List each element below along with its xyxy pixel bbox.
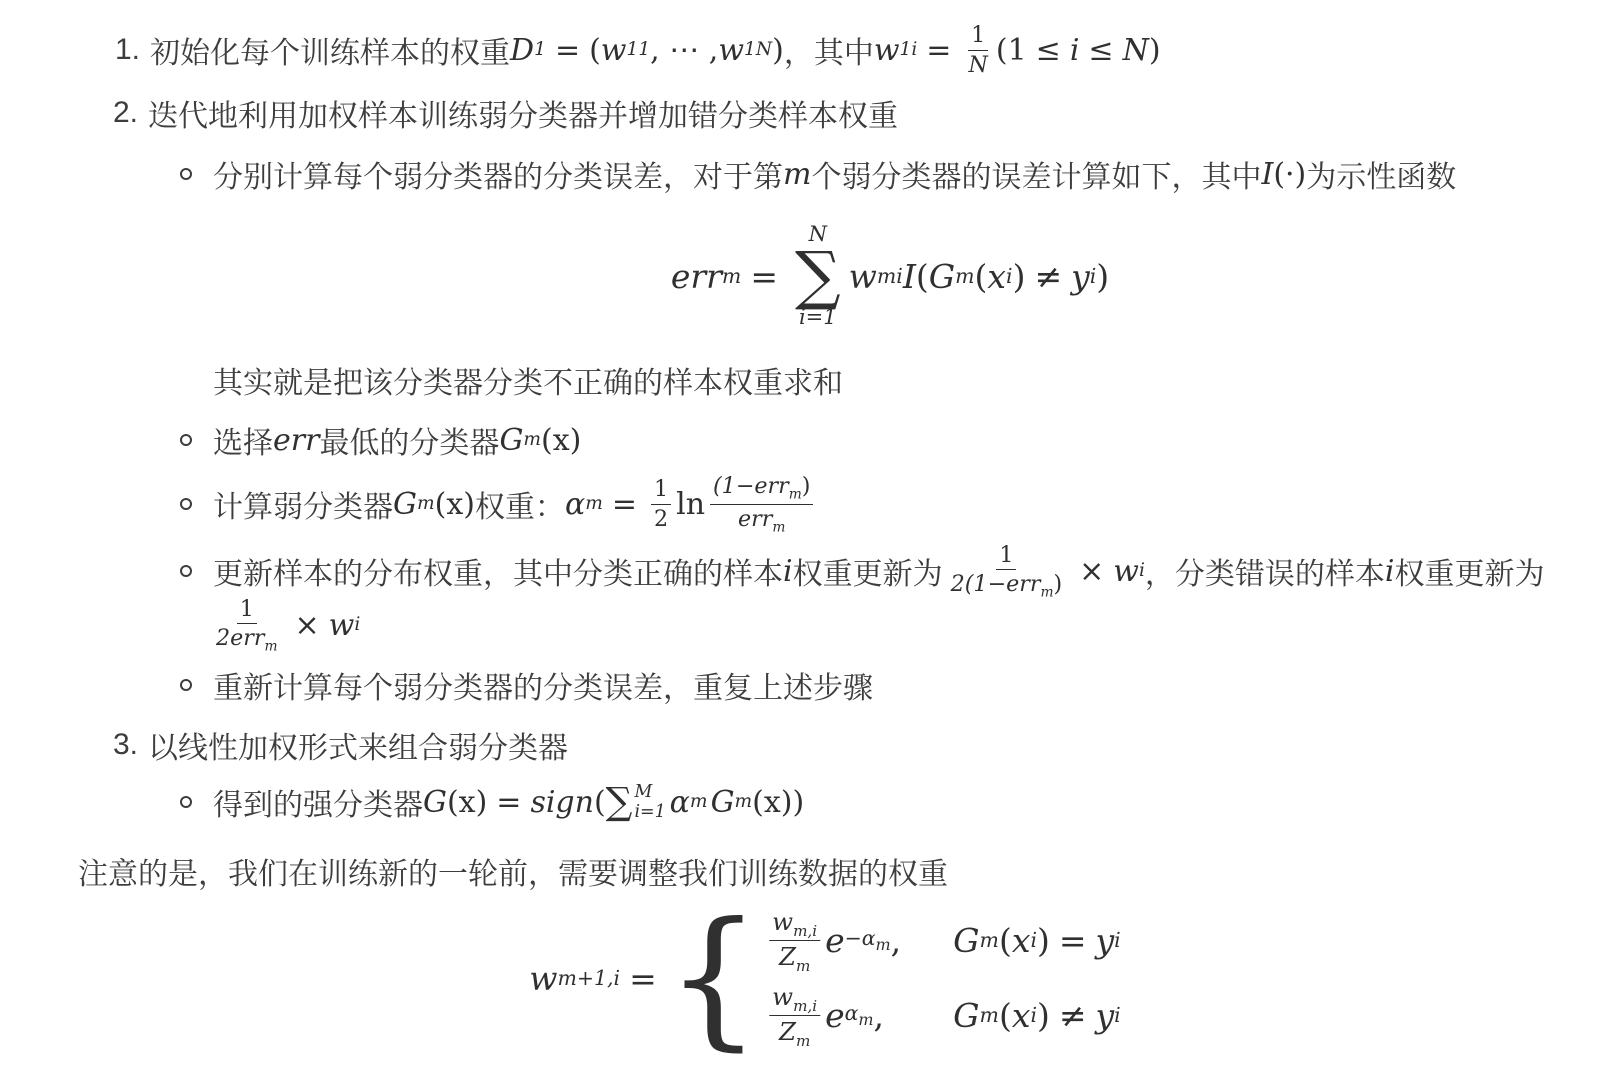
fraction-denominator: errm <box>735 505 788 535</box>
paren: ( <box>975 257 988 296</box>
math-alpha-formula: αm=12ln(1−errm)errm <box>565 473 819 534</box>
math-sub: m <box>796 1032 810 1050</box>
sub1-text-pre: 分别计算每个弱分类器的分类误差，对于第 <box>213 152 783 196</box>
math-sub: i <box>354 616 360 635</box>
formula-error: errm = N ∑ i=1 wmi I( Gm(xi) ≠ yi) <box>671 224 1109 328</box>
sub-item-update-weights: 更新样本的分布权重，其中分类正确的样本 i 权重更新为 12(1−errm)×w… <box>180 543 1545 599</box>
math-token: w <box>329 608 355 643</box>
fraction-denominator: 2errm <box>213 624 281 654</box>
case1-condition: Gm(xi)=yi <box>953 921 1121 960</box>
math-token: 2(1−err <box>951 571 1041 597</box>
item2-text: 迭代地利用加权样本训练弱分类器并增加错分类样本权重 <box>148 91 898 135</box>
comma: , <box>874 996 885 1035</box>
math-token: w <box>529 959 557 998</box>
fraction-numerator: 1 <box>651 476 671 505</box>
math-sub: m,i <box>793 997 817 1015</box>
circle-bullet-icon <box>180 498 192 510</box>
math-sub: m <box>690 793 708 812</box>
sub4-text-pre: 更新样本的分布权重，其中分类正确的样本 <box>213 549 783 593</box>
closing-text: 注意的是，我们在训练新的一轮前，需要调整我们训练数据的权重 <box>78 849 948 893</box>
math-sub: mi <box>877 266 903 286</box>
math-token: e <box>825 996 845 1035</box>
math-sub: m <box>789 487 802 503</box>
paren: (x) <box>447 785 487 820</box>
math-sub: m <box>876 935 891 954</box>
paren: ) <box>1149 33 1161 68</box>
paren: ) <box>1013 257 1026 296</box>
sub4-text-mid1: 权重更新为 <box>793 549 943 593</box>
math-token: α <box>670 785 690 820</box>
circle-bullet-icon <box>180 679 192 691</box>
math-sub: m+1,i <box>558 968 621 988</box>
math-sub: m <box>858 1010 873 1029</box>
list-marker-1: 1. <box>115 33 140 67</box>
equals-sign: = <box>750 257 778 296</box>
equals-sign: = <box>612 487 637 522</box>
list-item-3: 3. 以线性加权形式来组合弱分类器 <box>113 727 568 763</box>
paren: (x) <box>541 423 581 458</box>
math-i: i <box>783 554 793 589</box>
math-token: i <box>1385 554 1395 589</box>
paren: ) <box>1096 257 1109 296</box>
sub-item-recompute: 重新计算每个弱分类器的分类误差，重复上述步骤 <box>180 666 873 704</box>
math-sub: m <box>796 957 810 975</box>
paren: (x) <box>752 785 792 820</box>
item1-math-d1: D1=(w11, ⋯ ,w1N) <box>510 33 784 68</box>
math-gmx: Gm(x) <box>499 423 581 458</box>
sigma-icon: ∑ <box>606 783 633 821</box>
fraction: wm,iZm <box>769 982 820 1049</box>
paren: ) <box>793 785 805 820</box>
math-token: I <box>1261 157 1273 192</box>
equals-sign: = <box>496 785 521 820</box>
equals-sign: = <box>926 33 951 68</box>
math-sub: i <box>1114 1005 1121 1025</box>
sub1-text-post: 为示性函数 <box>1306 152 1456 196</box>
sub3-text-mid: 权重： <box>475 482 565 526</box>
math-token: y <box>1071 257 1090 296</box>
math-token: α <box>845 1001 859 1025</box>
neq-sign: ≠ <box>1034 257 1062 296</box>
math-token: −α <box>845 926 876 950</box>
paren: ( <box>594 785 606 820</box>
times-sign: × <box>295 608 320 643</box>
math-token: x <box>987 257 1006 296</box>
math-sub: 11 <box>626 41 650 60</box>
fraction-numerator: wm,i <box>769 907 820 941</box>
sub-item-alpha-weight: 计算弱分类器 Gm(x) 权重： αm=12ln(1−errm)errm <box>180 474 818 534</box>
sub6-text-pre: 得到的强分类器 <box>213 780 423 824</box>
math-indicator: I(·) <box>1261 157 1306 192</box>
math-m: m <box>783 157 811 192</box>
fraction-half: 12 <box>651 476 671 532</box>
math-sub: m <box>980 930 999 950</box>
case2-value: wm,iZmeαm, <box>769 982 901 1049</box>
math-token: Z <box>779 1017 796 1046</box>
math-sub: m <box>523 431 541 450</box>
circle-bullet-icon <box>180 796 192 808</box>
paren: (x) <box>435 487 475 522</box>
math-sub: m <box>722 266 741 286</box>
paren: ) <box>1053 571 1062 597</box>
fraction-wrong: 12errm <box>213 596 281 655</box>
summation: N ∑ i=1 <box>795 224 841 329</box>
math-sub: 1i <box>900 41 918 60</box>
math-token: G <box>423 785 447 820</box>
math-token: e <box>825 921 845 960</box>
sub2-text-pre: 选择 <box>213 418 273 462</box>
sub-item-compute-error: 分别计算每个弱分类器的分类误差，对于第 m 个弱分类器的误差计算如下，其中 I(… <box>180 155 1456 193</box>
leq-sign: ≤ <box>1036 33 1061 68</box>
item1-connector: ，其中 <box>784 28 874 72</box>
circle-bullet-icon <box>180 168 192 180</box>
circle-bullet-icon <box>180 565 192 577</box>
case1-value: wm,iZme−αm, <box>769 907 901 974</box>
math-token: w <box>849 257 877 296</box>
paren: ( <box>999 996 1012 1035</box>
math-token: (1−err <box>713 473 789 499</box>
math-sub: m <box>980 1005 999 1025</box>
paren: ( <box>916 257 929 296</box>
math-sub: m <box>264 639 277 655</box>
paren: ) <box>772 33 784 68</box>
list-item-1: 1. 初始化每个训练样本的权重 D1=(w11, ⋯ ,w1N) ，其中 w1i… <box>115 18 1161 82</box>
math-token: 1 <box>1008 33 1027 68</box>
sub4-text-mid2: ，分类错误的样本 <box>1145 549 1385 593</box>
sub-item-select-classifier: 选择 err 最低的分类器 Gm(x) <box>180 419 581 461</box>
math-wrong-update: 12errm×wi <box>213 596 360 655</box>
math-sub: m <box>1040 585 1053 601</box>
math-sub: m <box>955 266 974 286</box>
math-token: 2err <box>216 625 264 651</box>
math-token: N <box>1123 33 1149 68</box>
list-marker-3: 3. <box>113 728 138 762</box>
math-i: i <box>1385 554 1395 589</box>
item1-math-w1i: w1i=1N(1≤i≤N) <box>874 22 1161 78</box>
math-token: sign <box>530 785 594 820</box>
paren: ( <box>589 33 601 68</box>
comma: , <box>891 921 902 960</box>
math-token: (·) <box>1273 157 1306 192</box>
math-token: G <box>393 487 417 522</box>
sub2-text-mid: 最低的分类器 <box>319 418 499 462</box>
math-sub: 1N <box>744 41 772 60</box>
math-token: x <box>1012 921 1031 960</box>
math-token: G <box>953 996 979 1035</box>
math-token: err <box>273 423 319 458</box>
math-sup: −αm <box>845 928 891 953</box>
fraction-numerator: 1 <box>237 596 257 625</box>
fraction: 1N <box>965 22 990 78</box>
closing-paragraph: 注意的是，我们在训练新的一轮前，需要调整我们训练数据的权重 <box>78 852 948 890</box>
math-token: G <box>929 257 955 296</box>
sub4-text-mid3: 权重更新为 <box>1395 549 1545 593</box>
neq-sign: ≠ <box>1059 996 1087 1035</box>
math-sub: 1 <box>534 41 546 60</box>
math-token: x <box>1012 996 1031 1035</box>
sum-lower-limit: i=1 <box>634 802 665 822</box>
fraction-denominator: 2(1−errm) <box>948 570 1066 600</box>
times-sign: × <box>1079 554 1104 589</box>
math-token: I <box>903 257 916 296</box>
sub1-text-mid: 个弱分类器的误差计算如下，其中 <box>811 152 1261 196</box>
fraction-denominator: Zm <box>776 941 813 974</box>
cdots: , ⋯ , <box>650 33 718 68</box>
math-token: i <box>1070 33 1080 68</box>
math-sub: i <box>1114 930 1121 950</box>
math-token: w <box>772 907 793 936</box>
math-token: i <box>783 554 793 589</box>
math-token: Z <box>779 942 796 971</box>
case2-condition: Gm(xi)≠yi <box>953 996 1121 1035</box>
note-sum-weights: 其实就是把该分类器分类不正确的样本权重求和 <box>213 362 843 398</box>
math-token: G <box>499 423 523 458</box>
math-sup: αm <box>845 1003 874 1028</box>
math-correct-update: 12(1−errm)×wi <box>943 542 1145 601</box>
item3-text: 以线性加权形式来组合弱分类器 <box>148 723 568 767</box>
fraction: wm,iZm <box>769 907 820 974</box>
math-sub: m <box>585 495 603 514</box>
math-token: α <box>565 487 585 522</box>
sum-upper-limit: M <box>634 782 652 802</box>
math-token: err <box>738 506 772 532</box>
math-token: G <box>711 785 735 820</box>
circle-bullet-icon <box>180 434 192 446</box>
math-token: y <box>1096 921 1115 960</box>
math-token: w <box>772 982 793 1011</box>
paren: ( <box>999 921 1012 960</box>
math-token: m <box>783 157 811 192</box>
math-strong-classifier: G(x)=sign(∑Mi=1αmGm(x)) <box>423 782 804 822</box>
leq-sign: ≤ <box>1088 33 1113 68</box>
fraction-correct: 12(1−errm) <box>948 542 1066 601</box>
sub-item-update-weights-line2: 12errm×wi <box>213 597 360 653</box>
paren: ) <box>1037 921 1050 960</box>
sum-limits: Mi=1 <box>634 782 665 822</box>
math-token: y <box>1096 996 1115 1035</box>
math-token: D <box>510 33 534 68</box>
sigma-icon: ∑ <box>795 246 841 307</box>
fraction-numerator: 1 <box>968 22 988 51</box>
paren: ) <box>1037 996 1050 1035</box>
formula-weight-update: wm+1,i = { wm,iZme−αm, Gm(xi)=yi wm,iZme… <box>529 908 1120 1048</box>
sum-lower-limit: i=1 <box>799 307 837 328</box>
math-gmx: Gm(x) <box>393 487 475 522</box>
math-token: w <box>601 33 627 68</box>
math-token: err <box>671 257 722 296</box>
fraction-numerator: 1 <box>996 542 1016 571</box>
math-sub: m <box>772 519 785 535</box>
equals-sign: = <box>629 959 657 998</box>
sub3-text-pre: 计算弱分类器 <box>213 482 393 526</box>
math-sub: m <box>417 495 435 514</box>
math-sub: m,i <box>793 922 817 940</box>
cases-grid: wm,iZme−αm, Gm(xi)=yi wm,iZmeαm, Gm(xi)≠… <box>769 907 1121 1049</box>
sub-item-strong-classifier: 得到的强分类器 G(x)=sign(∑Mi=1αmGm(x)) <box>180 776 804 828</box>
fraction-err-ratio: (1−errm)errm <box>710 473 813 534</box>
note-text: 其实就是把该分类器分类不正确的样本权重求和 <box>213 358 843 402</box>
list-marker-2: 2. <box>113 96 138 130</box>
paren: ) <box>802 473 811 499</box>
math-token: w <box>874 33 900 68</box>
fraction-numerator: (1−errm) <box>710 473 813 504</box>
item1-text: 初始化每个训练样本的权重 <box>150 28 510 72</box>
fraction-denominator: Zm <box>776 1016 813 1049</box>
ln-operator: ln <box>676 487 705 522</box>
math-err: err <box>273 423 319 458</box>
fraction-denominator: 2 <box>651 505 671 533</box>
left-brace-icon: { <box>666 919 761 1037</box>
fraction-numerator: wm,i <box>769 982 820 1016</box>
sub5-text: 重新计算每个弱分类器的分类误差，重复上述步骤 <box>213 663 873 707</box>
equals-sign: = <box>1059 921 1087 960</box>
math-token: w <box>718 33 744 68</box>
fraction-denominator: N <box>965 51 990 79</box>
list-item-2: 2. 迭代地利用加权样本训练弱分类器并增加错分类样本权重 <box>113 95 898 131</box>
paren: ( <box>996 33 1008 68</box>
math-sub: m <box>735 793 753 812</box>
math-token: G <box>953 921 979 960</box>
math-token: w <box>1113 554 1139 589</box>
equals-sign: = <box>555 33 580 68</box>
